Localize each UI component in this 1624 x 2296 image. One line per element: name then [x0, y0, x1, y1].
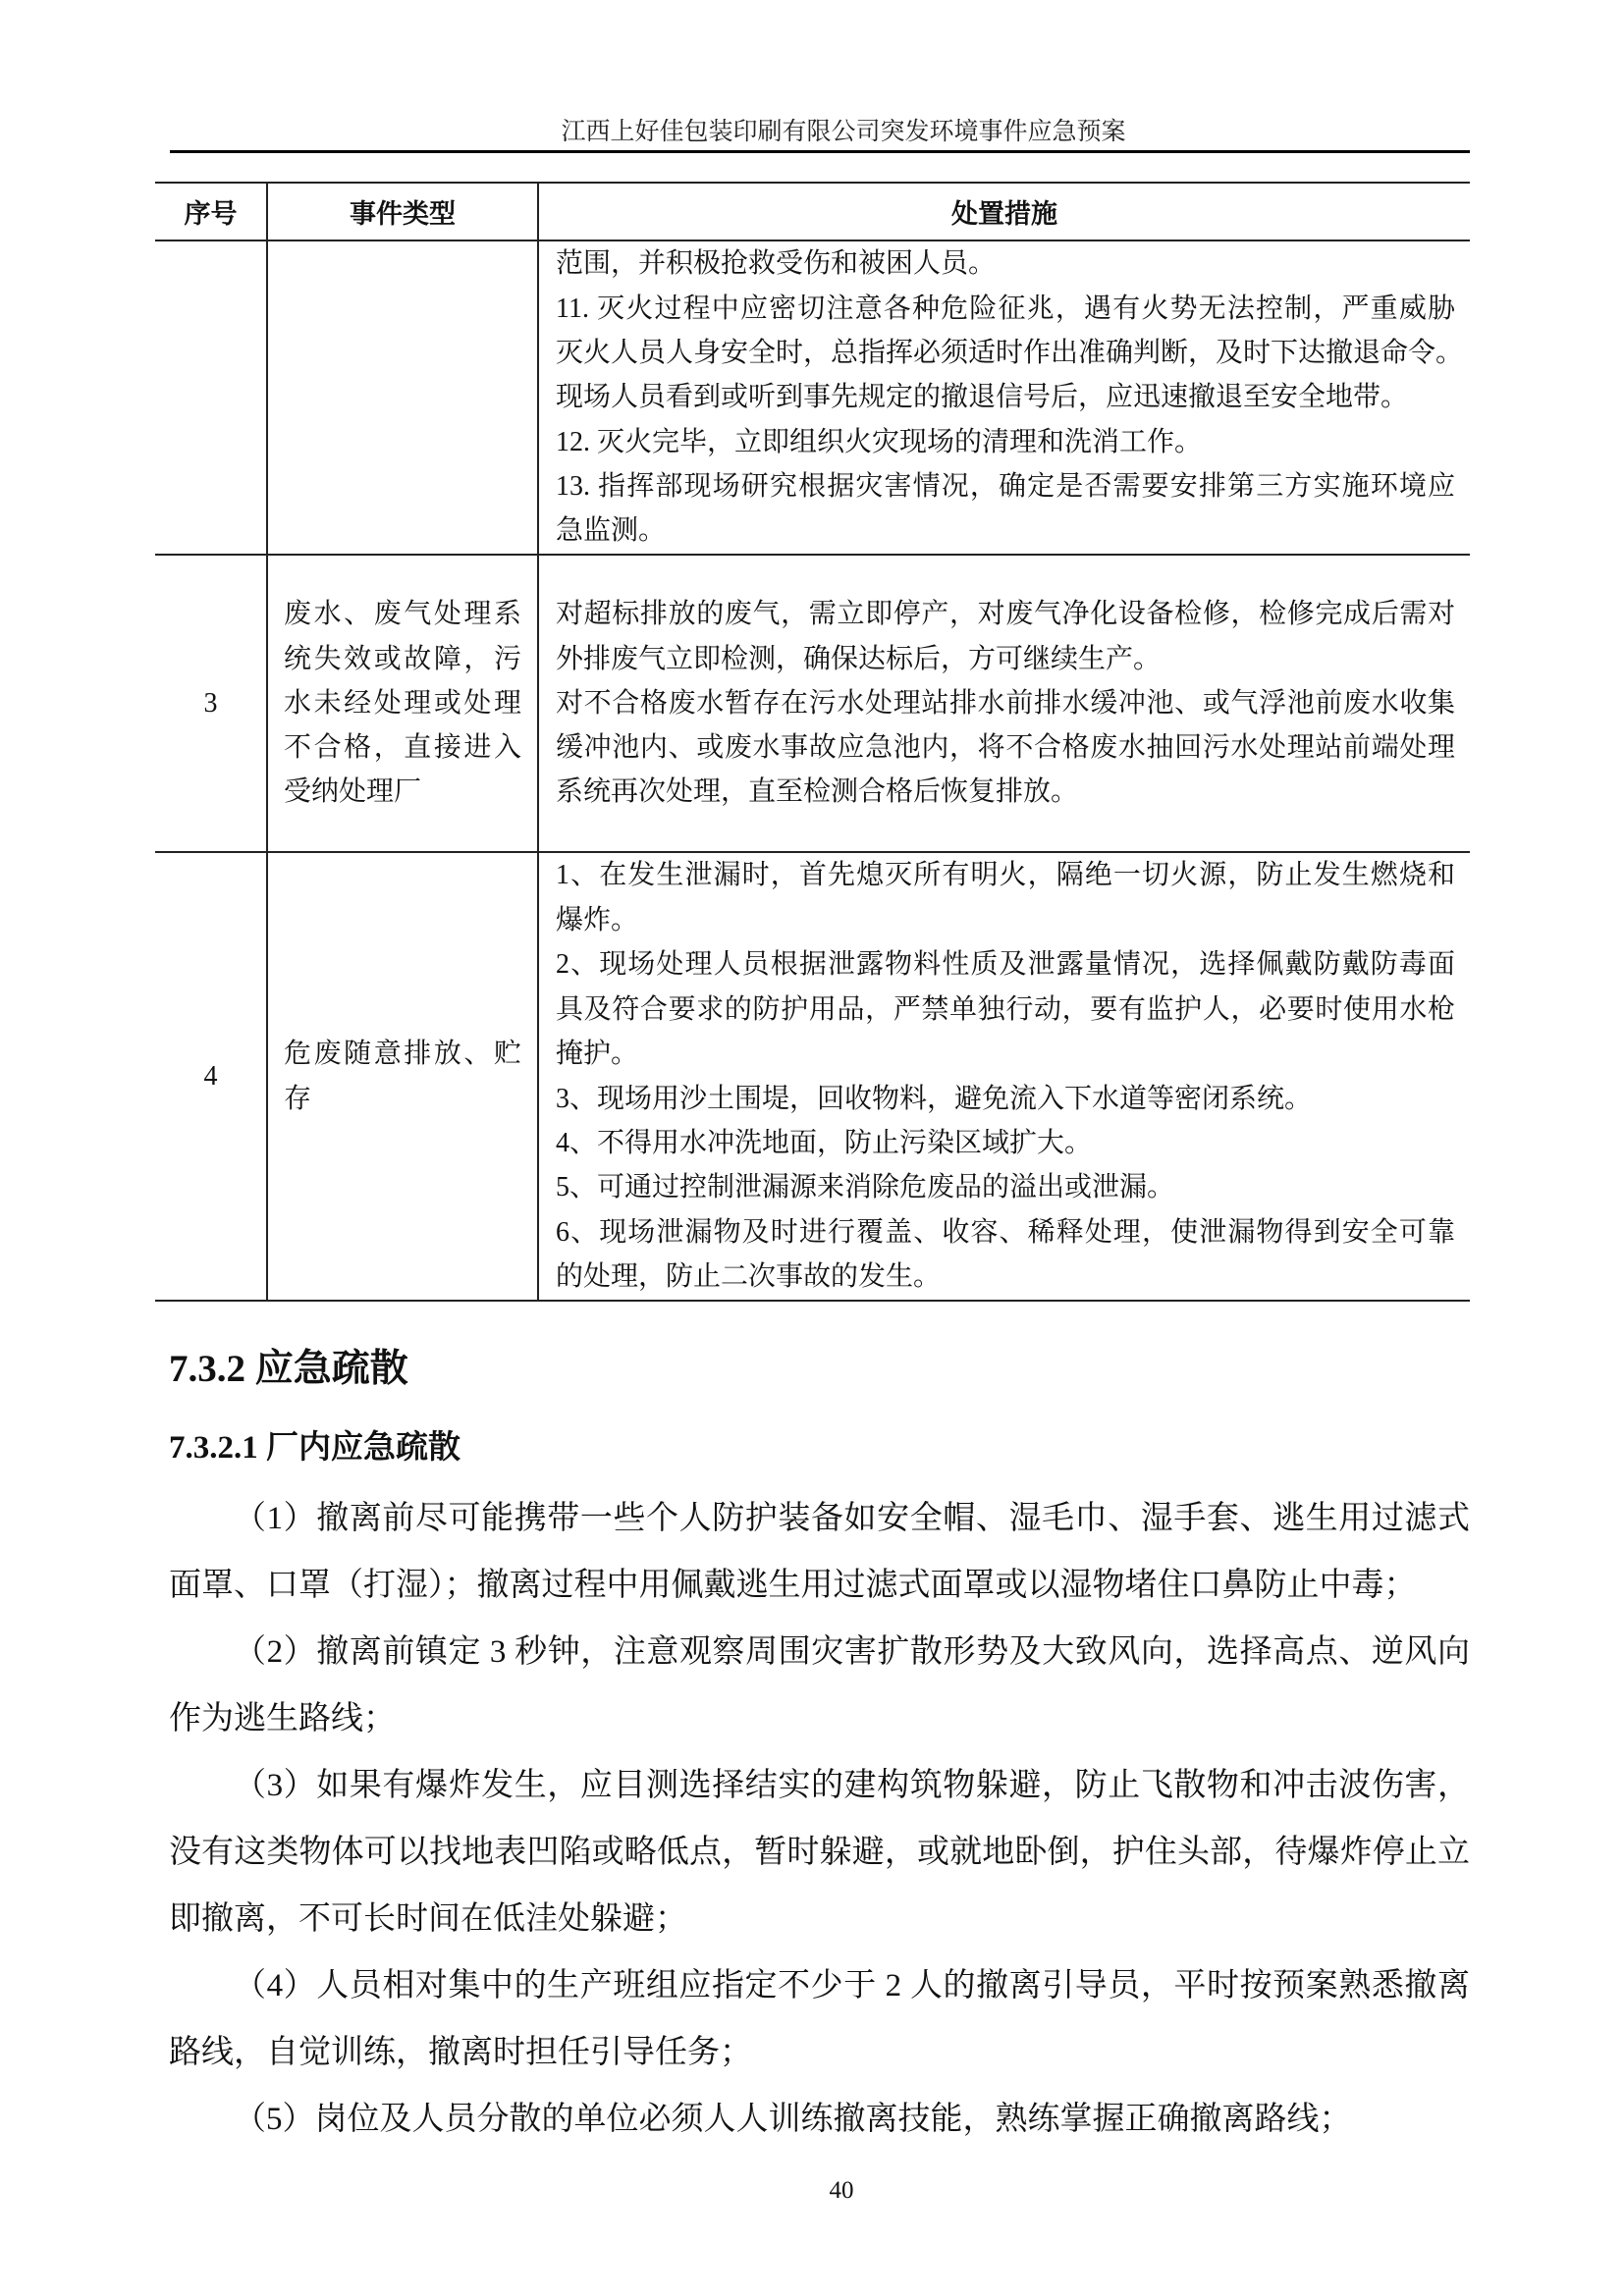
measure-line: 6、现场泄漏物及时进行覆盖、收容、稀释处理，使泄漏物得到安全可靠	[556, 1210, 1455, 1255]
event-type-line: 受纳处理厂	[284, 770, 521, 814]
event-type-line: 废水、废气处理系	[284, 592, 521, 636]
measure-line: 5、可通过控制泄漏源来消除危废品的溢出或泄漏。	[556, 1165, 1455, 1209]
table-row: 4 危废随意排放、贮 存 1、在发生泄漏时，首先熄灭所有明火，隔绝一切火源，防止…	[155, 852, 1470, 1301]
section-heading: 7.3.2 应急疏散	[169, 1345, 408, 1394]
measure-line: 2、现场处理人员根据泄露物料性质及泄露量情况，选择佩戴防戴防毒面	[556, 942, 1455, 987]
measure-line: 1、在发生泄漏时，首先熄灭所有明火，隔绝一切火源，防止发生燃烧和	[556, 853, 1455, 897]
paragraph-line: （3）如果有爆炸发生，应目测选择结实的建构筑物躲避，防止飞散物和冲击波伤害，	[169, 1752, 1470, 1819]
seq-cell	[155, 240, 267, 555]
measure-line: 急监测。	[556, 508, 1455, 553]
measures-cell: 范围，并积极抢救受伤和被困人员。 11. 灭火过程中应密切注意各种危险征兆，遇有…	[538, 240, 1470, 555]
paragraph-line: 面罩、口罩（打湿）；撤离过程中用佩戴逃生用过滤式面罩或以湿物堵住口鼻防止中毒；	[169, 1552, 1470, 1619]
measure-line: 系统再次处理，直至检测合格后恢复排放。	[556, 770, 1455, 814]
measure-line: 具及符合要求的防护用品，严禁单独行动，要有监护人，必要时使用水枪	[556, 988, 1455, 1032]
measure-line: 外排废气立即检测，确保达标后，方可继续生产。	[556, 637, 1455, 681]
paragraph-line: 即撤离，不可长时间在低洼处躲避；	[169, 1886, 1470, 1952]
column-header-event-type: 事件类型	[267, 183, 538, 240]
paragraph: （1）撤离前尽可能携带一些个人防护装备如安全帽、湿毛巾、湿手套、逃生用过滤式 面…	[169, 1485, 1470, 1619]
measure-line: 对不合格废水暂存在污水处理站排水前排水缓冲池、或气浮池前废水收集	[556, 681, 1455, 725]
table-header-row: 序号 事件类型 处置措施	[155, 183, 1470, 240]
table-row: 范围，并积极抢救受伤和被困人员。 11. 灭火过程中应密切注意各种危险征兆，遇有…	[155, 240, 1470, 555]
measure-line: 4、不得用水冲洗地面，防止污染区域扩大。	[556, 1121, 1455, 1165]
measure-line: 现场人员看到或听到事先规定的撤退信号后，应迅速撤退至安全地带。	[556, 375, 1455, 419]
measure-line: 灭火人员人身安全时，总指挥必须适时作出准确判断，及时下达撤退命令。	[556, 331, 1455, 375]
measure-line: 3、现场用沙土围堤，回收物料，避免流入下水道等密闭系统。	[556, 1077, 1455, 1121]
measure-line: 缓冲池内、或废水事故应急池内，将不合格废水抽回污水处理站前端处理	[556, 725, 1455, 770]
measure-line: 12. 灭火完毕，立即组织火灾现场的清理和洗消工作。	[556, 420, 1455, 464]
paragraph-line: （5）岗位及人员分散的单位必须人人训练撤离技能，熟练掌握正确撤离路线；	[169, 2086, 1470, 2153]
paragraph: （5）岗位及人员分散的单位必须人人训练撤离技能，熟练掌握正确撤离路线；	[169, 2086, 1470, 2153]
paragraph-line: 没有这类物体可以找地表凹陷或略低点，暂时躲避，或就地卧倒，护住头部，待爆炸停止立	[169, 1819, 1470, 1886]
paragraph-line: 路线，自觉训练，撤离时担任引导任务；	[169, 2019, 1470, 2086]
event-type-cell	[267, 240, 538, 555]
event-type-line: 统失效或故障，污	[284, 637, 521, 681]
page-number: 40	[792, 2176, 891, 2206]
seq-cell: 3	[155, 555, 267, 852]
event-type-line: 水未经处理或处理	[284, 681, 521, 725]
emergency-measures-table: 序号 事件类型 处置措施 范围，并积极抢救受伤和被困人员。 11. 灭火过程中应…	[155, 182, 1470, 1302]
event-type-line: 危废随意排放、贮	[284, 1032, 521, 1076]
event-type-line: 不合格，直接进入	[284, 725, 521, 770]
event-type-cell: 危废随意排放、贮 存	[267, 852, 538, 1301]
measure-line: 13. 指挥部现场研究根据灾害情况，确定是否需要安排第三方实施环境应	[556, 464, 1455, 508]
measure-line: 的处理，防止二次事故的发生。	[556, 1255, 1455, 1299]
subsection-heading: 7.3.2.1 厂内应急疏散	[169, 1426, 460, 1469]
document-page: 江西上好佳包装印刷有限公司突发环境事件应急预案 序号 事件类型 处置措施 范围，…	[0, 0, 1624, 2296]
section-body: （1）撤离前尽可能携带一些个人防护装备如安全帽、湿毛巾、湿手套、逃生用过滤式 面…	[169, 1485, 1470, 2153]
paragraph: （3）如果有爆炸发生，应目测选择结实的建构筑物躲避，防止飞散物和冲击波伤害， 没…	[169, 1752, 1470, 1952]
measure-line: 爆炸。	[556, 898, 1455, 942]
header-rule	[170, 150, 1470, 153]
measures-cell: 1、在发生泄漏时，首先熄灭所有明火，隔绝一切火源，防止发生燃烧和 爆炸。 2、现…	[538, 852, 1470, 1301]
seq-cell: 4	[155, 852, 267, 1301]
measure-line: 11. 灭火过程中应密切注意各种危险征兆，遇有火势无法控制，严重威胁	[556, 287, 1455, 331]
paragraph-line: （4）人员相对集中的生产班组应指定不少于 2 人的撤离引导员，平时按预案熟悉撤离	[169, 1952, 1470, 2019]
running-header-title: 江西上好佳包装印刷有限公司突发环境事件应急预案	[549, 116, 1138, 149]
measure-line: 范围，并积极抢救受伤和被困人员。	[556, 241, 1455, 286]
event-type-line: 存	[284, 1077, 521, 1121]
measure-line: 掩护。	[556, 1032, 1455, 1076]
paragraph: （2）撤离前镇定 3 秒钟，注意观察周围灾害扩散形势及大致风向，选择高点、逆风向…	[169, 1619, 1470, 1752]
measures-cell: 对超标排放的废气，需立即停产，对废气净化设备检修，检修完成后需对 外排废气立即检…	[538, 555, 1470, 852]
measure-line: 对超标排放的废气，需立即停产，对废气净化设备检修，检修完成后需对	[556, 592, 1455, 636]
paragraph: （4）人员相对集中的生产班组应指定不少于 2 人的撤离引导员，平时按预案熟悉撤离…	[169, 1952, 1470, 2086]
paragraph-line: 作为逃生路线；	[169, 1685, 1470, 1752]
table-row: 3 废水、废气处理系 统失效或故障，污 水未经处理或处理 不合格，直接进入 受纳…	[155, 555, 1470, 852]
column-header-measures: 处置措施	[538, 183, 1470, 240]
paragraph-line: （2）撤离前镇定 3 秒钟，注意观察周围灾害扩散形势及大致风向，选择高点、逆风向	[169, 1619, 1470, 1685]
column-header-seq: 序号	[155, 183, 267, 240]
event-type-cell: 废水、废气处理系 统失效或故障，污 水未经处理或处理 不合格，直接进入 受纳处理…	[267, 555, 538, 852]
paragraph-line: （1）撤离前尽可能携带一些个人防护装备如安全帽、湿毛巾、湿手套、逃生用过滤式	[169, 1485, 1470, 1552]
